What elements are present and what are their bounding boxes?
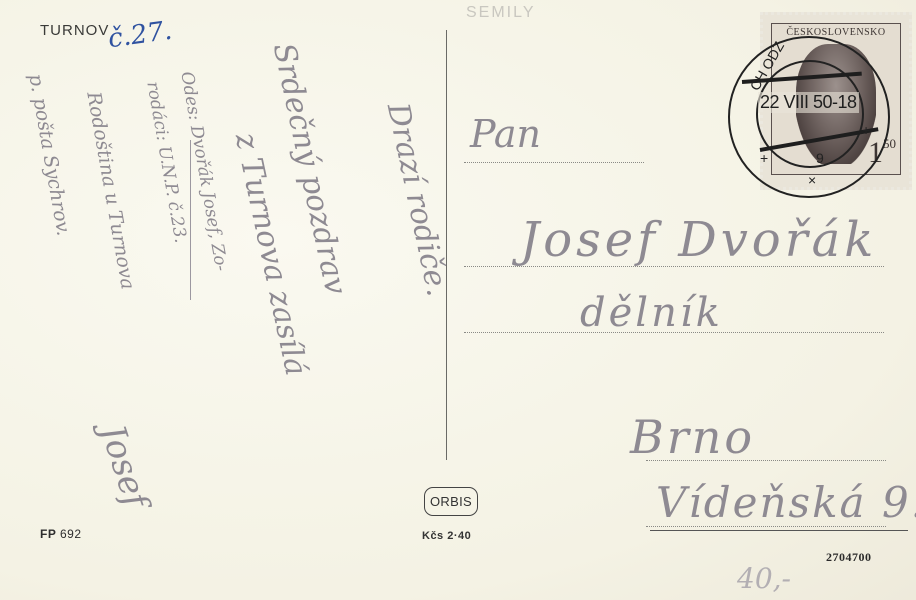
sender-line-3: Rodoština u Turnova	[82, 90, 138, 291]
pencil-price-note: 40,-	[737, 562, 791, 595]
sender-line-1: Odes: Dvořák Josef, Zo-	[176, 70, 231, 273]
center-divider	[446, 30, 447, 460]
address-name: Josef Dvořák	[520, 212, 877, 268]
postmark-lower-mark: 9	[816, 150, 824, 166]
postmark-star-left: +	[760, 150, 768, 166]
series-code: FP 692	[40, 527, 82, 541]
address-city: Brno	[630, 410, 755, 464]
series-code-label: FP	[40, 527, 56, 541]
blue-ink-annotation: č.27.	[106, 16, 174, 55]
printed-price: Kčs 2·40	[422, 530, 471, 542]
series-code-number: 692	[60, 527, 82, 541]
address-line-1	[464, 162, 644, 163]
message-signature: Josef	[92, 420, 156, 513]
postcard-back: TURNOV č.27. SEMILY Odes: Dvořák Josef, …	[0, 0, 916, 600]
faint-stamp-text: SEMILY	[466, 4, 536, 22]
postmark-star-bottom: ×	[808, 172, 816, 188]
address-final-rule	[650, 530, 908, 531]
publisher-logo: ORBIS	[424, 487, 478, 516]
sender-underline	[190, 140, 191, 300]
stamp-country: ČESKOSLOVENSKO	[775, 27, 897, 38]
address-street: Vídeňská 9.	[656, 478, 916, 527]
message-line-3: Drazí rodiče.	[380, 100, 455, 299]
address-occupation: dělník	[580, 290, 723, 336]
postmark-star-right: +	[862, 122, 870, 138]
serial-number: 2704700	[826, 550, 872, 565]
printed-town-name: TURNOV	[40, 22, 109, 39]
postmark-date: 22 VIII 50-18	[758, 92, 859, 113]
sender-line-4: p. pošta Sychrov.	[24, 72, 74, 238]
address-salutation: Pan	[470, 112, 541, 156]
